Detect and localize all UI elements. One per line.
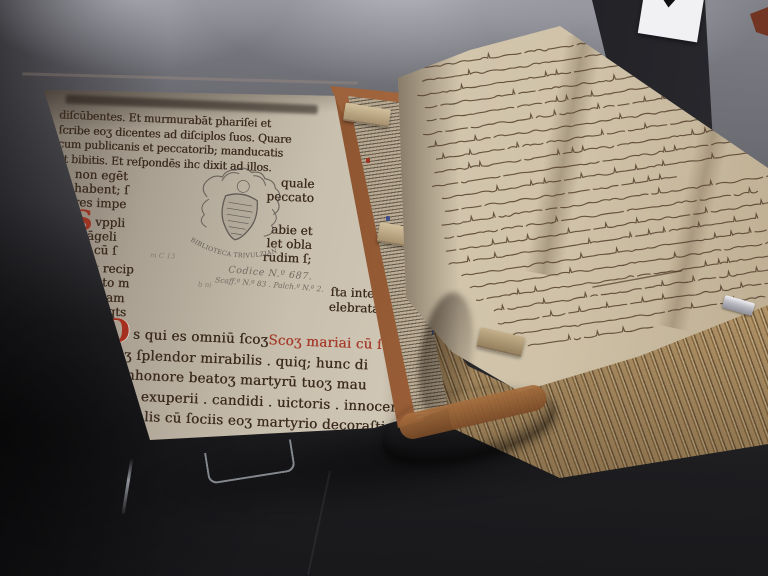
pencil-mark-2: b ni xyxy=(198,281,212,290)
pencil-mark-1: m C 13 xyxy=(150,251,176,260)
exhibit-number-partial-digit xyxy=(654,0,682,9)
flyleaf-blue-initial xyxy=(386,216,390,221)
flyleaf-red-initial xyxy=(366,158,370,163)
museum-display-photo: diſcūbentes. Et murmurabāt phariſei etſc… xyxy=(0,0,768,576)
stamp-shield xyxy=(218,192,259,243)
